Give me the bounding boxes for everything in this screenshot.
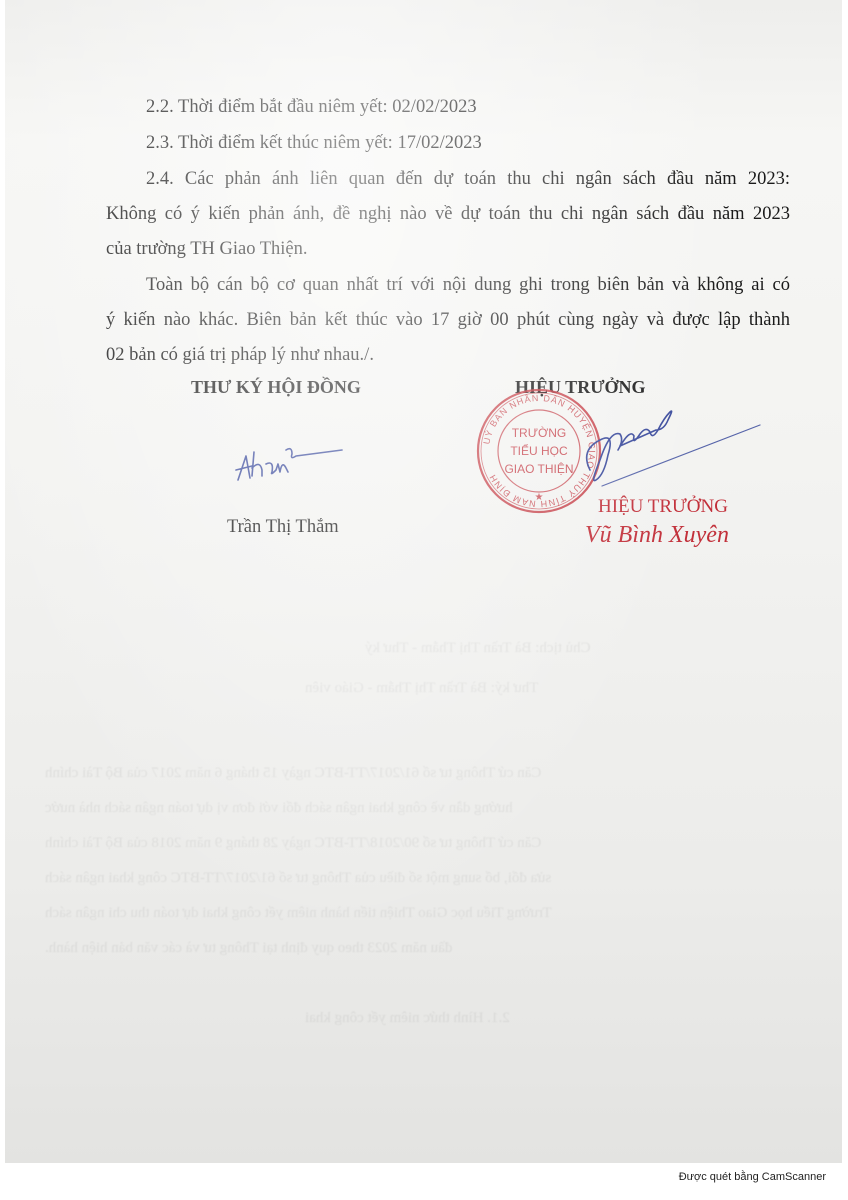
bleed-through-text: 2.1. Hình thức niêm yết công khai <box>305 1010 510 1027</box>
bleed-through-text: đầu năm 2023 theo quy định tại Thông tư … <box>45 940 452 957</box>
bleed-through-text: hướng dẫn về công khai ngân sách đối với… <box>45 800 513 817</box>
bleed-through-text: sửa đổi, bổ sung một số điều của Thông t… <box>45 870 551 887</box>
bleed-through-text: Căn cứ Thông tư số 90/2018/TT-BTC ngày 2… <box>45 835 541 852</box>
secretary-signature <box>230 440 350 490</box>
scanned-page: Chủ tịch: Bà Trần Thị Thắm - Thư ký Thư … <box>5 0 842 1163</box>
item-2-3: 2.3. Thời điểm kết thúc niêm yết: 17/02/… <box>146 128 482 158</box>
closing-line1: Toàn bộ cán bộ cơ quan nhất trí với nội … <box>146 270 790 300</box>
secretary-title: THƯ KÝ HỘI ĐỒNG <box>191 372 361 402</box>
item-2-4-line3: của trường TH Giao Thiện. <box>106 234 308 264</box>
stamp-principal-title: HIỆU TRƯỞNG <box>598 496 728 518</box>
bleed-through-text: Chủ tịch: Bà Trần Thị Thắm - Thư ký <box>365 640 591 657</box>
closing-line2: ý kiến nào khác. Biên bản kết thúc vào 1… <box>106 305 790 335</box>
item-2-4-line2: Không có ý kiến phản ánh, đề nghị nào về… <box>106 199 790 229</box>
svg-text:TRƯỜNG: TRƯỜNG <box>512 425 567 440</box>
secretary-name: Trần Thị Thắm <box>227 512 339 542</box>
item-2-2: 2.2. Thời điểm bắt đầu niêm yết: 02/02/2… <box>146 92 477 122</box>
principal-signature <box>560 400 770 500</box>
closing-line3: 02 bản có giá trị pháp lý như nhau./. <box>106 340 374 370</box>
svg-text:★: ★ <box>535 492 544 503</box>
bleed-through-text: Thư ký: Bà Trần Thị Thắm - Giáo viên <box>305 680 538 697</box>
camscanner-watermark: Được quét bằng CamScanner <box>679 1171 826 1183</box>
bleed-through-text: Trường Tiểu học Giao Thiện tiến hành niê… <box>45 905 552 922</box>
bleed-through-text: Căn cứ Thông tư số 61/2017/TT-BTC ngày 1… <box>45 765 541 782</box>
item-2-4-line1: 2.4. Các phản ánh liên quan đến dự toán … <box>146 164 790 194</box>
stamp-principal-name: Vũ Bình Xuyên <box>585 522 729 549</box>
